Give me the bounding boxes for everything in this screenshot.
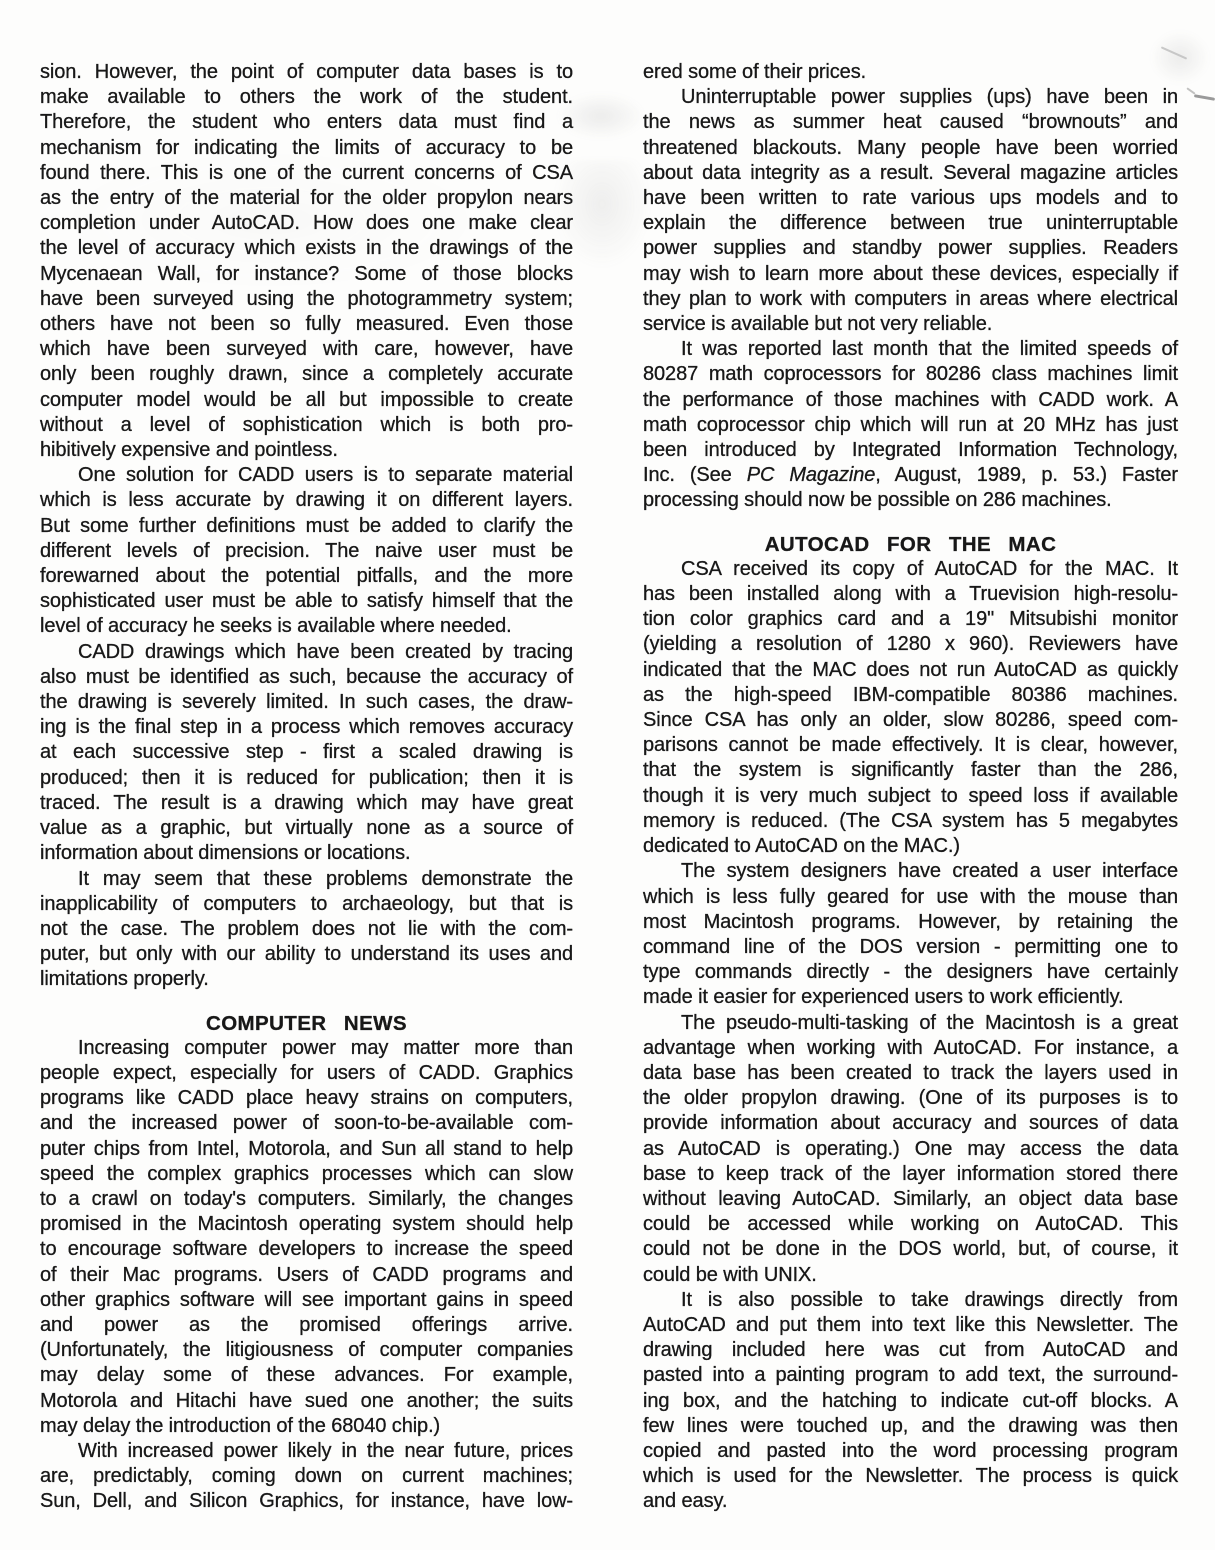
text-line: people expect, especially for users of C…	[40, 1061, 573, 1086]
text-line: CSA received its copy of AutoCAD for the…	[643, 557, 1178, 582]
text-line: different levels of precision. The naive…	[40, 539, 573, 564]
text-line: puter, but only with our ability to unde…	[40, 942, 573, 967]
left-column: sion. However, the point of computer dat…	[40, 60, 573, 1515]
text-line: most Macintosh programs. However, by ret…	[643, 910, 1178, 935]
text-line: Inc. (See PC Magazine, August, 1989, p. …	[643, 463, 1178, 488]
text-line: others have not been so fully measured. …	[40, 312, 573, 337]
text-line: inapplicability of computers to archaeol…	[40, 892, 573, 917]
text-line: as the entry of the material for the old…	[40, 186, 573, 211]
text-segment: , August, 1989, p. 53.) Faster	[875, 464, 1178, 486]
text-line: It may seem that these problems demonstr…	[40, 867, 573, 892]
text-line: and power as the promised offerings arri…	[40, 1313, 573, 1338]
text-line: promised in the Macintosh operating syst…	[40, 1212, 573, 1237]
text-line: (yielding a resolution of 1280 x 960). R…	[643, 632, 1178, 657]
text-line: provide information about accuracy and s…	[643, 1111, 1178, 1136]
text-line: CADD drawings which have been created by…	[40, 640, 573, 665]
scanned-newsletter-page: sion. However, the point of computer dat…	[0, 0, 1215, 1550]
text-line: The system designers have created a user…	[643, 859, 1178, 884]
text-line: which have been surveyed with care, howe…	[40, 337, 573, 362]
text-line: With increased power likely in the near …	[40, 1439, 573, 1464]
text-line: traced. The result is a drawing which ma…	[40, 791, 573, 816]
text-line: the level of accuracy which exists in th…	[40, 236, 573, 261]
text-line: But some further definitions must be add…	[40, 514, 573, 539]
text-line: advantage when working with AutoCAD. For…	[643, 1036, 1178, 1061]
text-line: could be with UNIX.	[643, 1263, 1178, 1288]
text-line: threatened blackouts. Many people have b…	[643, 136, 1178, 161]
section-heading-autocad-for-the-mac: AUTOCAD FOR THE MAC	[643, 532, 1178, 557]
text-line: of their Mac programs. Users of CADD pro…	[40, 1263, 573, 1288]
text-line: hibitively expensive and pointless.	[40, 438, 573, 463]
text-line: limitations properly.	[40, 967, 573, 992]
text-line: It was reported last month that the limi…	[643, 337, 1178, 362]
text-line: sophisticated user must be able to satis…	[40, 589, 573, 614]
text-line: Increasing computer power may matter mor…	[40, 1036, 573, 1061]
text-line: processing should now be possible on 286…	[643, 488, 1178, 513]
text-line: level of accuracy he seeks is available …	[40, 614, 573, 639]
text-line: Therefore, the student who enters data m…	[40, 110, 573, 135]
text-line: could not be done in the DOS world, but,…	[643, 1237, 1178, 1262]
text-line: puter chips from Intel, Motorola, and Su…	[40, 1137, 573, 1162]
text-line: though it is very much subject to speed …	[643, 784, 1178, 809]
text-line: math coprocessor chip which will run at …	[643, 413, 1178, 438]
scan-artifact-pen-tick	[1194, 94, 1215, 101]
text-line: at each successive step - first a scaled…	[40, 740, 573, 765]
text-line: It is also possible to take drawings dir…	[643, 1288, 1178, 1313]
section-heading-computer-news: COMPUTER NEWS	[40, 1011, 573, 1036]
text-line: Uninterruptable power supplies (ups) hav…	[643, 85, 1178, 110]
text-line: as the high-speed IBM-compatible 80386 m…	[643, 683, 1178, 708]
text-line: not the case. The problem does not lie w…	[40, 917, 573, 942]
text-line: made it easier for experienced users to …	[643, 985, 1178, 1010]
text-line: and easy.	[643, 1489, 1178, 1514]
text-line: ing box, and the hatching to indicate cu…	[643, 1389, 1178, 1414]
text-line: the older propylon drawing. (One of its …	[643, 1086, 1178, 1111]
text-line: (Unfortunately, the litigiousness of com…	[40, 1338, 573, 1363]
text-line: have been written to rate various ups mo…	[643, 186, 1178, 211]
text-line: explain the difference between true unin…	[643, 211, 1178, 236]
text-line: pasted into a painting program to add te…	[643, 1363, 1178, 1388]
text-line: has been installed along with a Truevisi…	[643, 582, 1178, 607]
text-line: are, predictably, coming down on current…	[40, 1464, 573, 1489]
text-line: which is less accurate by drawing it on …	[40, 488, 573, 513]
text-line: copied and pasted into the word processi…	[643, 1439, 1178, 1464]
text-line: Motorola and Hitachi have sued one anoth…	[40, 1389, 573, 1414]
text-line: Mycenaean Wall, for instance? Some of th…	[40, 262, 573, 287]
text-line: parisons cannot be made effectively. It …	[643, 733, 1178, 758]
text-line: The pseudo-multi-tasking of the Macintos…	[643, 1011, 1178, 1036]
text-line: information about dimensions or location…	[40, 841, 573, 866]
text-line: power supplies and standby power supplie…	[643, 236, 1178, 261]
text-line: that the system is significantly faster …	[643, 758, 1178, 783]
text-line: the news as summer heat caused “brownout…	[643, 110, 1178, 135]
text-line: 80287 math coprocessors for 80286 class …	[643, 362, 1178, 387]
text-line: may delay some of these advances. For ex…	[40, 1363, 573, 1388]
text-line: to a crawl on today's computers. Similar…	[40, 1187, 573, 1212]
text-line: they plan to work with computers in area…	[643, 287, 1178, 312]
text-line: also must be identified as such, because…	[40, 665, 573, 690]
text-line: command line of the DOS version - permit…	[643, 935, 1178, 960]
text-line: dedicated to AutoCAD on the MAC.)	[643, 834, 1178, 859]
text-line: type commands directly - the designers h…	[643, 960, 1178, 985]
text-line: One solution for CADD users is to separa…	[40, 463, 573, 488]
text-segment: Inc. (See	[643, 464, 747, 486]
text-line: ing is the final step in a process which…	[40, 715, 573, 740]
italic-text: PC Magazine	[747, 464, 876, 486]
text-line: may wish to learn more about these devic…	[643, 262, 1178, 287]
text-line: forewarned about the potential pitfalls,…	[40, 564, 573, 589]
text-line: mechanism for indicating the limits of a…	[40, 136, 573, 161]
text-line: as AutoCAD is operating.) One may access…	[643, 1137, 1178, 1162]
text-line: programs like CADD place heavy strains o…	[40, 1086, 573, 1111]
text-line: without a level of sophistication which …	[40, 413, 573, 438]
scan-artifact-pen-stroke	[1161, 46, 1187, 59]
text-line: which is used for the Newsletter. The pr…	[643, 1464, 1178, 1489]
text-line: only been roughly drawn, since a complet…	[40, 362, 573, 387]
text-line: found there. This is one of the current …	[40, 161, 573, 186]
text-line: could be accessed while working on AutoC…	[643, 1212, 1178, 1237]
text-line: sion. However, the point of computer dat…	[40, 60, 573, 85]
text-line: about data integrity as a result. Severa…	[643, 161, 1178, 186]
text-line: Sun, Dell, and Silicon Graphics, for ins…	[40, 1489, 573, 1514]
text-line: ered some of their prices.	[643, 60, 1178, 85]
text-line: drawing included here was cut from AutoC…	[643, 1338, 1178, 1363]
text-line: been introduced by Integrated Informatio…	[643, 438, 1178, 463]
text-line: which is less fully geared for use with …	[643, 885, 1178, 910]
text-line: have been surveyed using the photogramme…	[40, 287, 573, 312]
text-line: without leaving AutoCAD. Similarly, an o…	[643, 1187, 1178, 1212]
text-line: base to keep track of the layer informat…	[643, 1162, 1178, 1187]
text-line: make available to others the work of the…	[40, 85, 573, 110]
text-line: tion color graphics card and a 19" Mitsu…	[643, 607, 1178, 632]
text-line: the performance of those machines with C…	[643, 388, 1178, 413]
text-line: memory is reduced. (The CSA system has 5…	[643, 809, 1178, 834]
text-line: few lines were touched up, and the drawi…	[643, 1414, 1178, 1439]
text-line: to encourage software developers to incr…	[40, 1237, 573, 1262]
text-line: computer model would be all but impossib…	[40, 388, 573, 413]
text-line: speed the complex graphics processes whi…	[40, 1162, 573, 1187]
text-line: data base has been created to track the …	[643, 1061, 1178, 1086]
right-column: ered some of their prices.Uninterruptabl…	[643, 60, 1178, 1515]
scan-artifact-pen-tick	[1186, 87, 1195, 94]
text-line: value as a graphic, but virtually none a…	[40, 816, 573, 841]
text-line: indicated that the MAC does not run Auto…	[643, 658, 1178, 683]
text-line: produced; then it is reduced for publica…	[40, 766, 573, 791]
text-line: completion under AutoCAD. How does one m…	[40, 211, 573, 236]
text-line: the drawing is severely limited. In such…	[40, 690, 573, 715]
text-line: other graphics software will see importa…	[40, 1288, 573, 1313]
text-line: and the increased power of soon-to-be-av…	[40, 1111, 573, 1136]
text-line: Since CSA has only an older, slow 80286,…	[643, 708, 1178, 733]
text-line: may delay the introduction of the 68040 …	[40, 1414, 573, 1439]
text-line: service is available but not very reliab…	[643, 312, 1178, 337]
text-line: AutoCAD and put them into text like this…	[643, 1313, 1178, 1338]
